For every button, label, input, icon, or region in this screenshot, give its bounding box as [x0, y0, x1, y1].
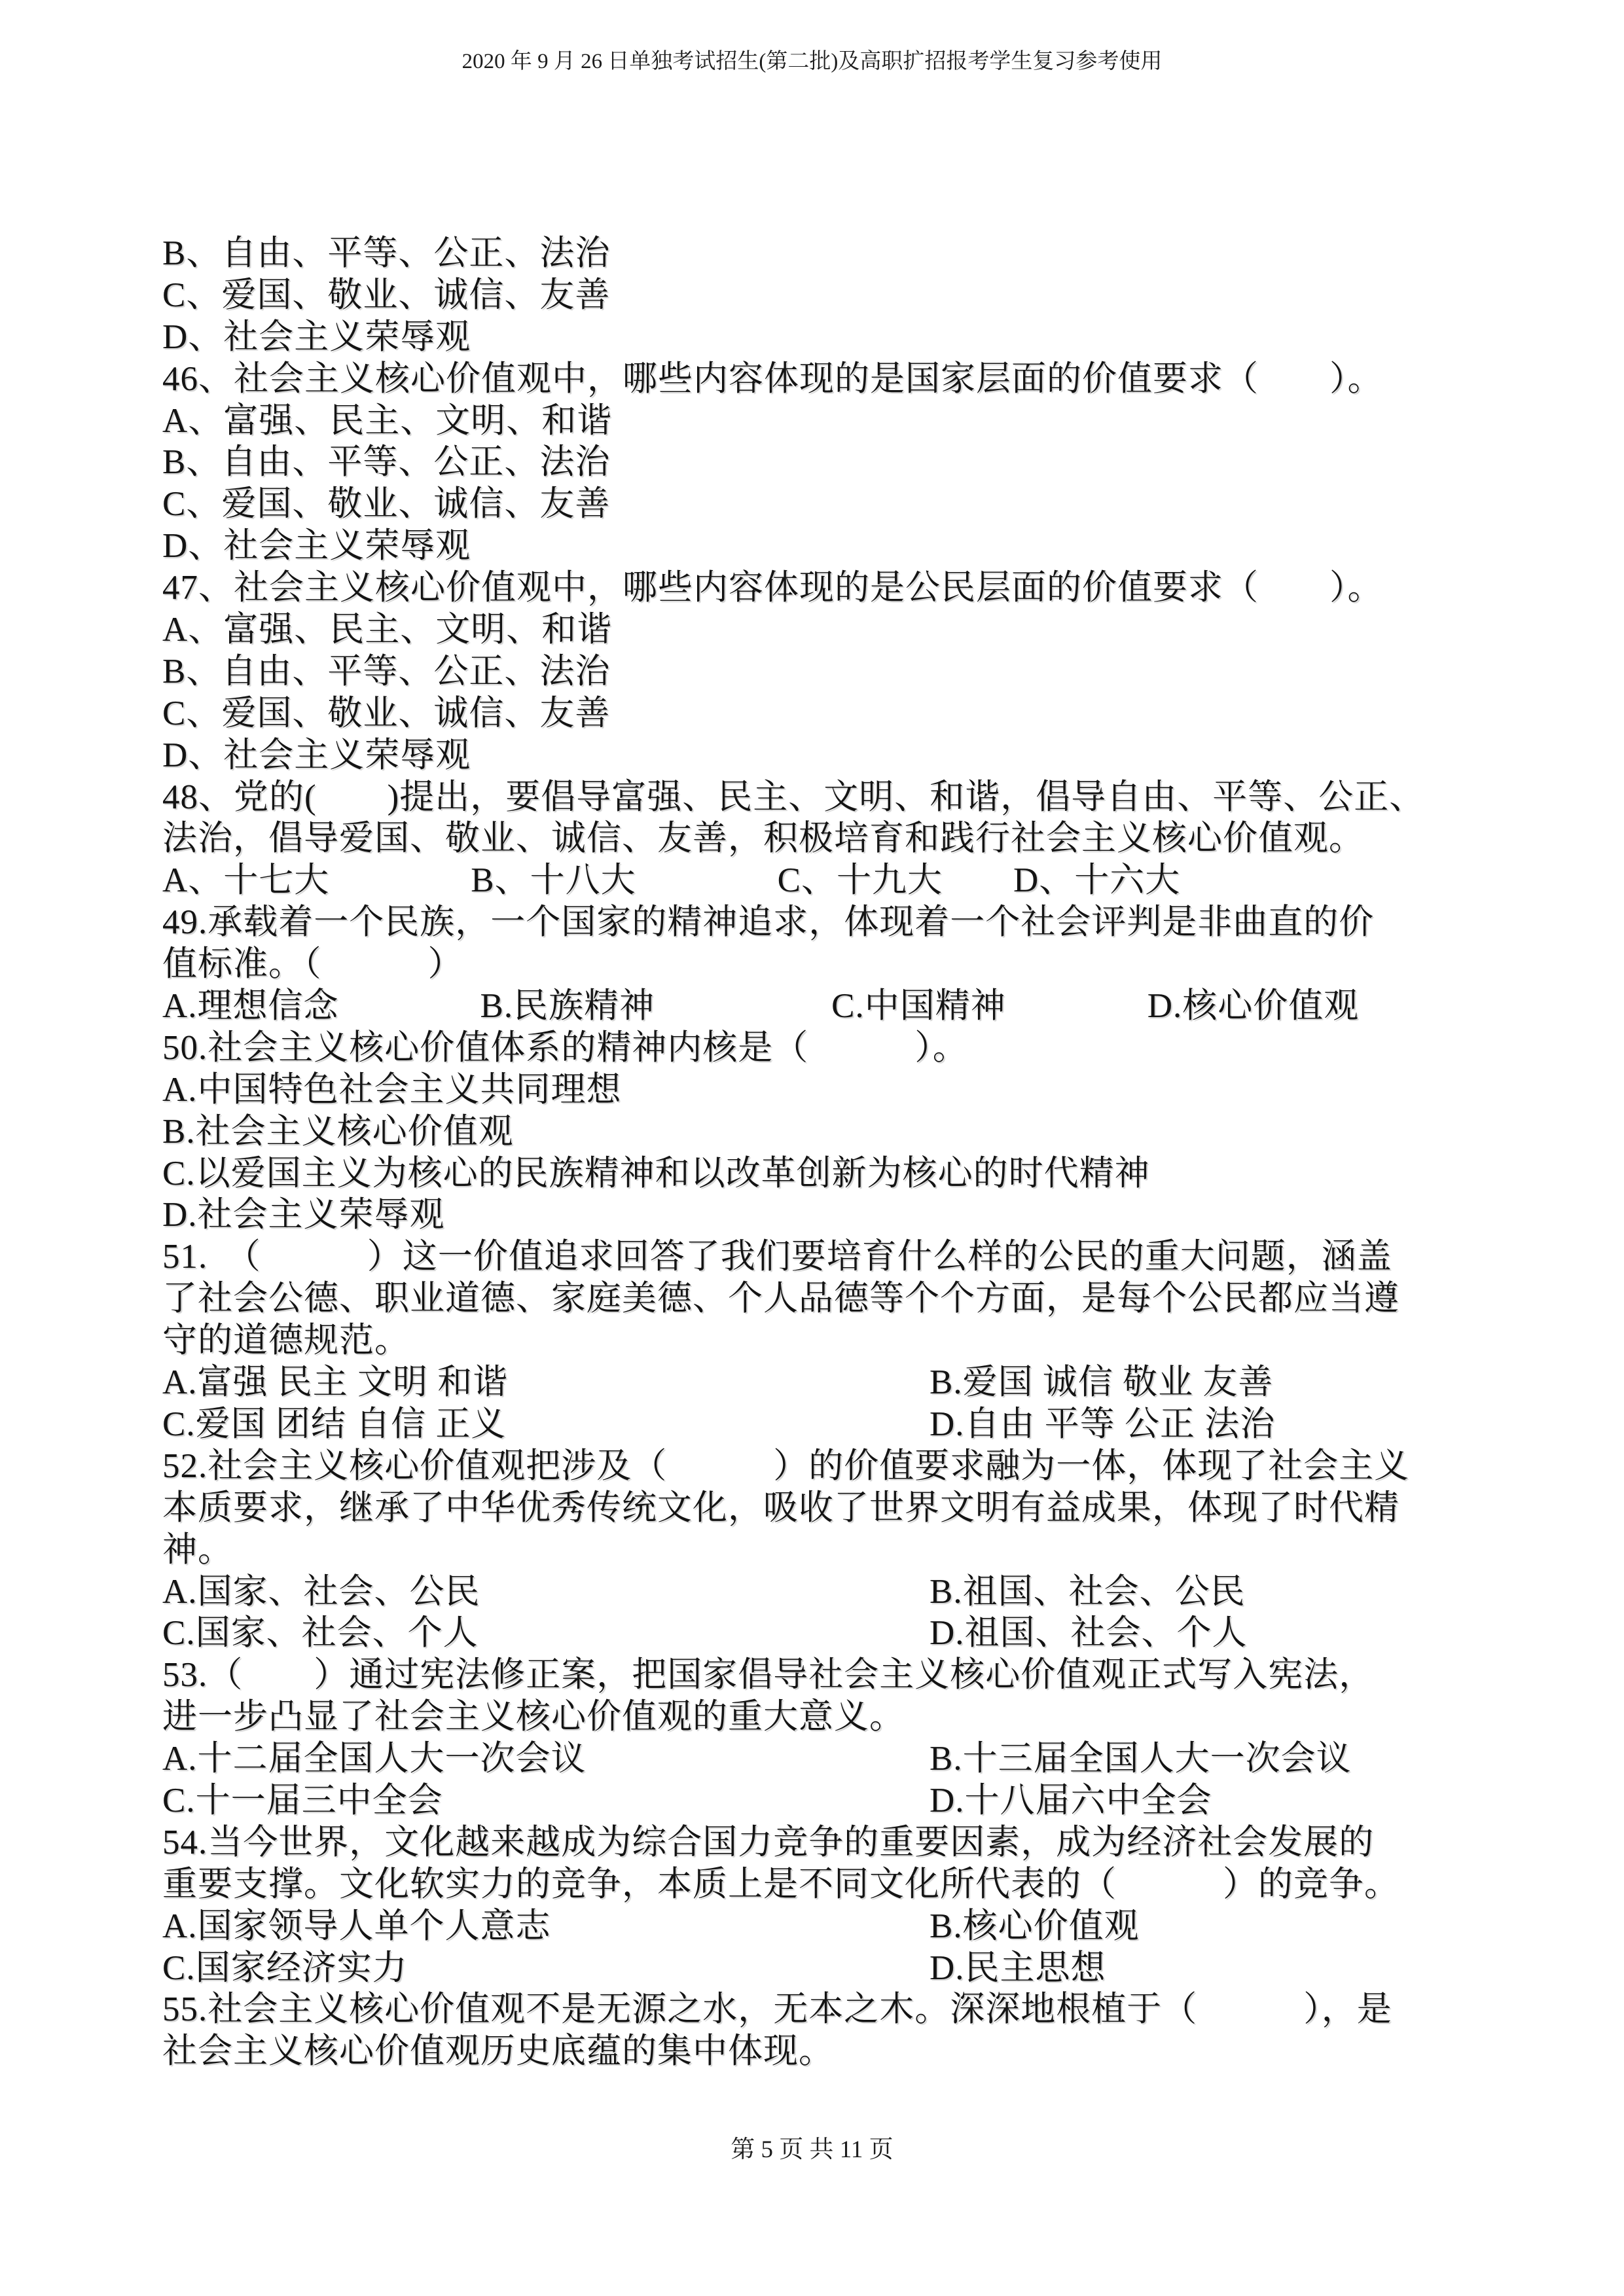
- q51-stem-line-2: 了社会公德、职业道德、家庭美德、个人品德等个个方面，是每个公民都应当遵: [162, 1278, 1478, 1320]
- page-footer: 第 5 页 共 11 页: [0, 2129, 1624, 2171]
- q46-option-b: B、自由、平等、公正、法治: [162, 442, 1478, 484]
- q52-stem-line-1: 52.社会主义核心价值观把涉及（ ）的价值要求融为一体，体现了社会主义: [162, 1446, 1478, 1488]
- document-body: B、自由、平等、公正、法治 C、爱国、敬业、诚信、友善 D、社会主义荣辱观 46…: [162, 233, 1478, 2073]
- q54-option-d: D.民主思想: [929, 1948, 1106, 1990]
- q47-option-d: D、社会主义荣辱观: [162, 735, 1478, 777]
- q51-stem-line-1: 51. （ ）这一价值追求回答了我们要培育什么样的公民的重大问题，涵盖: [162, 1236, 1478, 1278]
- prev-question-option-b: B、自由、平等、公正、法治: [162, 233, 1478, 275]
- q46-option-d: D、社会主义荣辱观: [162, 526, 1478, 567]
- q53-options-row-1: A.十二届全国人大一次会议 B.十三届全国人大一次会议: [162, 1738, 1478, 1780]
- q51-options-row-2: C.爱国 团结 自信 正义 D.自由 平等 公正 法治: [162, 1404, 1478, 1446]
- q53-stem-line-1: 53.（ ）通过宪法修正案，把国家倡导社会主义核心价值观正式写入宪法，: [162, 1655, 1478, 1696]
- q53-options-row-2: C.十一届三中全会 D.十八届六中全会: [162, 1780, 1478, 1822]
- q46-option-a: A、富强、民主、文明、和谐: [162, 401, 1478, 442]
- q52-option-c: C.国家、社会、个人: [162, 1613, 478, 1655]
- q47-option-b: B、自由、平等、公正、法治: [162, 651, 1478, 693]
- prev-question-option-c: C、爱国、敬业、诚信、友善: [162, 275, 1478, 317]
- q54-stem-line-2: 重要支撑。文化软实力的竞争，本质上是不同文化所代表的（ ）的竞争。: [162, 1864, 1478, 1906]
- q50-option-d: D.社会主义荣辱观: [162, 1194, 1478, 1236]
- q52-stem-line-2: 本质要求，继承了中华优秀传统文化，吸收了世界文明有益成果，体现了时代精: [162, 1488, 1478, 1530]
- exam-document-page: 2020 年 9 月 26 日单独考试招生(第二批)及高职扩招报考学生复习参考使…: [0, 0, 1624, 2296]
- q53-option-b: B.十三届全国人大一次会议: [929, 1738, 1352, 1780]
- q46-stem: 46、社会主义核心价值观中，哪些内容体现的是国家层面的价值要求（ ）。: [162, 359, 1478, 401]
- q51-option-a: A.富强 民主 文明 和谐: [162, 1362, 508, 1404]
- q51-options-row-1: A.富强 民主 文明 和谐 B.爱国 诚信 敬业 友善: [162, 1362, 1478, 1404]
- q52-option-b: B.祖国、社会、公民: [929, 1571, 1246, 1613]
- q51-option-d: D.自由 平等 公正 法治: [929, 1404, 1275, 1446]
- q53-option-a: A.十二届全国人大一次会议: [162, 1738, 586, 1780]
- q55-stem-line-2: 社会主义核心价值观历史底蕴的集中体现。: [162, 2031, 1478, 2073]
- q50-stem: 50.社会主义核心价值体系的精神内核是（ ）。: [162, 1028, 1478, 1069]
- q54-option-b: B.核心价值观: [929, 1906, 1140, 1948]
- prev-question-option-d: D、社会主义荣辱观: [162, 317, 1478, 359]
- q53-option-c: C.十一届三中全会: [162, 1780, 443, 1822]
- q52-stem-line-3: 神。: [162, 1530, 1478, 1571]
- q49-stem-line-1: 49.承载着一个民族，一个国家的精神追求，体现着一个社会评判是非曲直的价: [162, 902, 1478, 944]
- q52-option-a: A.国家、社会、公民: [162, 1571, 480, 1613]
- q50-option-a: A.中国特色社会主义共同理想: [162, 1069, 1478, 1111]
- q50-option-c: C.以爱国主义为核心的民族精神和以改革创新为核心的时代精神: [162, 1153, 1478, 1195]
- q50-option-b: B.社会主义核心价值观: [162, 1111, 1478, 1153]
- q51-option-b: B.爱国 诚信 敬业 友善: [929, 1362, 1273, 1404]
- page-header: 2020 年 9 月 26 日单独考试招生(第二批)及高职扩招报考学生复习参考使…: [0, 47, 1624, 76]
- q54-option-c: C.国家经济实力: [162, 1948, 408, 1990]
- q46-option-c: C、爱国、敬业、诚信、友善: [162, 484, 1478, 526]
- q52-options-row-2: C.国家、社会、个人 D.祖国、社会、个人: [162, 1613, 1478, 1655]
- q47-stem: 47、社会主义核心价值观中，哪些内容体现的是公民层面的价值要求（ ）。: [162, 567, 1478, 609]
- q49-options: A.理想信念 B.民族精神 C.中国精神 D.核心价值观: [162, 986, 1478, 1028]
- q53-option-d: D.十八届六中全会: [929, 1780, 1212, 1822]
- q52-option-d: D.祖国、社会、个人: [929, 1613, 1248, 1655]
- q54-options-row-1: A.国家领导人单个人意志 B.核心价值观: [162, 1906, 1478, 1948]
- q53-stem-line-2: 进一步凸显了社会主义核心价值观的重大意义。: [162, 1696, 1478, 1738]
- q54-options-row-2: C.国家经济实力 D.民主思想: [162, 1948, 1478, 1990]
- q54-option-a: A.国家领导人单个人意志: [162, 1906, 551, 1948]
- q47-option-a: A、富强、民主、文明、和谐: [162, 609, 1478, 651]
- q48-stem-line-2: 法治，倡导爱国、敬业、诚信、友善，积极培育和践行社会主义核心价值观。: [162, 818, 1478, 860]
- q49-stem-line-2: 值标准。（ ）: [162, 944, 1478, 986]
- q55-stem-line-1: 55.社会主义核心价值观不是无源之水，无本之木。深深地根植于（ ），是: [162, 1989, 1478, 2031]
- q48-options: A、十七大 B、十八大 C、十九大 D、十六大: [162, 860, 1478, 902]
- q47-option-c: C、爱国、敬业、诚信、友善: [162, 693, 1478, 735]
- q52-options-row-1: A.国家、社会、公民 B.祖国、社会、公民: [162, 1571, 1478, 1613]
- q51-stem-line-3: 守的道德规范。: [162, 1320, 1478, 1362]
- q48-stem-line-1: 48、党的( )提出，要倡导富强、民主、文明、和谐，倡导自由、平等、公正、: [162, 777, 1478, 819]
- q51-option-c: C.爱国 团结 自信 正义: [162, 1404, 506, 1446]
- q54-stem-line-1: 54.当今世界，文化越来越成为综合国力竞争的重要因素，成为经济社会发展的: [162, 1822, 1478, 1864]
